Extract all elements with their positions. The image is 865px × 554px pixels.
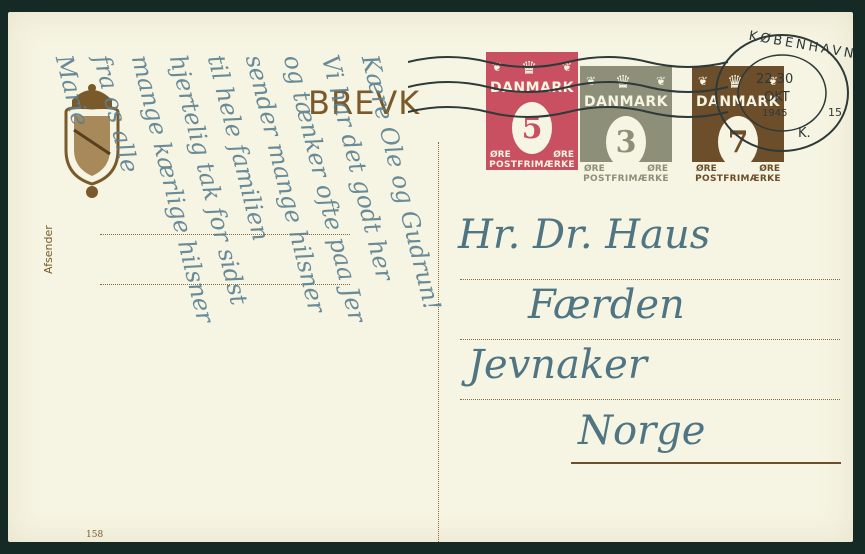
address-line-2: Færden [528,282,685,328]
stamp-unit: ØRE [759,164,780,174]
address-line-4: Norge [578,408,705,454]
cancellation-lines [408,42,738,152]
postcard: BREVK Afsender Kære Ole og Gudrun! Vi ha… [8,12,853,542]
address-line [460,339,840,340]
postmark: KØBENHAVN 22 30 OKT 1945 K. 15 [712,32,852,154]
stamp-unit: ØRE [696,164,717,174]
postmark-year: 1945 [762,108,787,119]
handwritten-message: Kære Ole og Gudrun! Vi har det godt her … [43,52,443,542]
address-line [460,279,840,280]
stamp-label: POSTFRIMÆRKE [486,160,578,170]
stamp-unit: ØRE [647,164,668,174]
card-number: 158 [86,530,103,540]
stamp-unit: ØRE [584,164,605,174]
address-line-1: Hr. Dr. Haus [458,212,710,258]
address-line [460,399,840,400]
postmark-office: K. [798,126,811,141]
stamp-label: POSTFRIMÆRKE [580,174,672,184]
address-line [571,462,841,464]
postmark-number: 15 [828,106,842,119]
stamp-label: POSTFRIMÆRKE [692,174,784,184]
message-line: Marie [50,52,95,129]
postmark-time: 22 30 [756,72,793,87]
address-line-3: Jevnaker [468,342,647,388]
postmark-month: OKT [764,90,790,105]
